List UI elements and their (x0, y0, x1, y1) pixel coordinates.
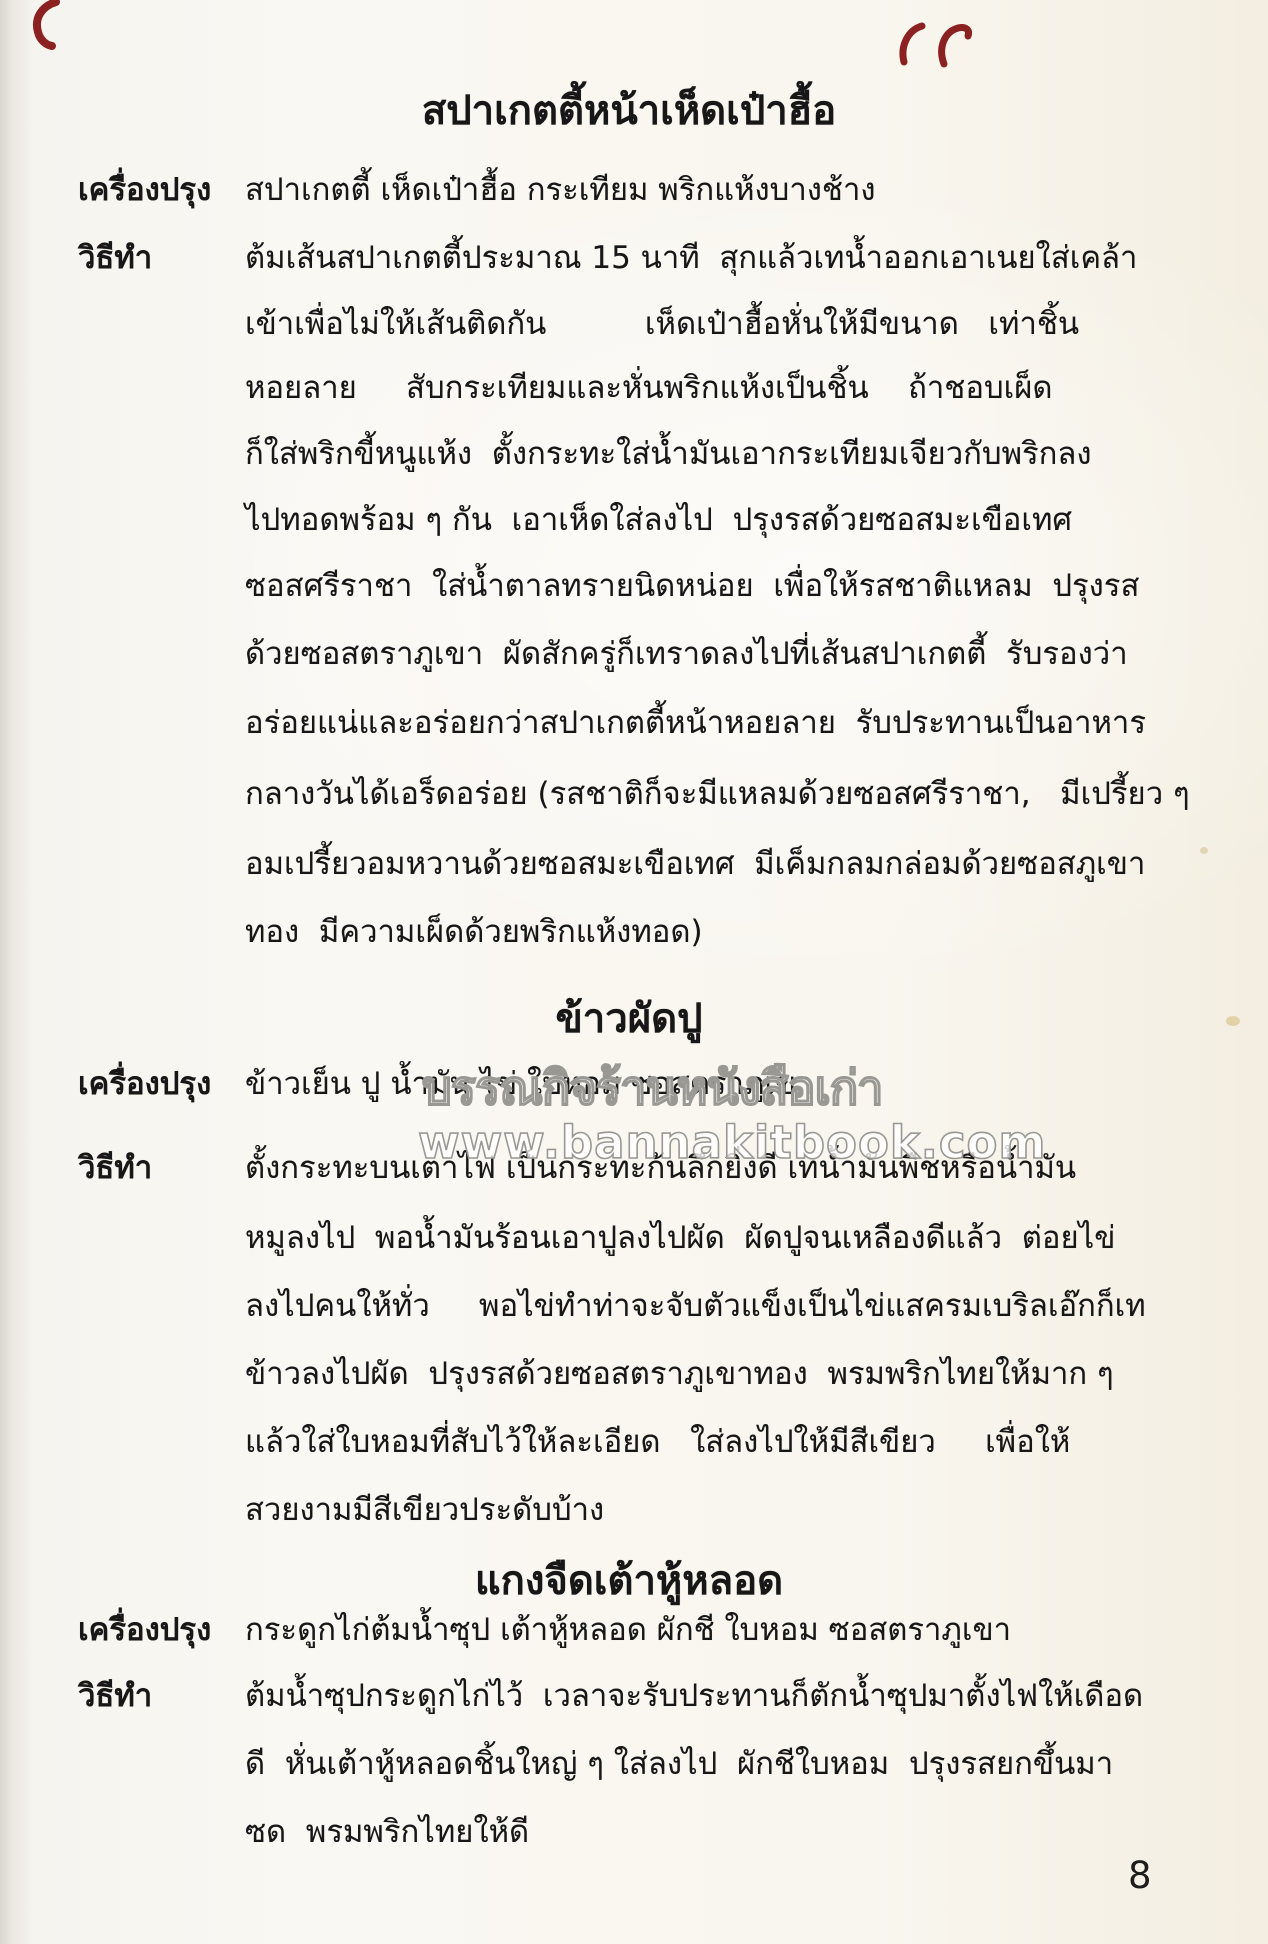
page-number: 8 (1128, 1854, 1152, 1897)
method-line: ต้มน้ำซุปกระดูกไก่ไว้ เวลาจะรับประทานก็ต… (245, 1670, 1143, 1720)
method-line: ต้มเส้นสปาเกตตี้ประมาณ 15 นาที สุกแล้วเท… (245, 232, 1137, 282)
method-line: กลางวันได้เอร็ดอร่อย (รสชาติก็จะมีแหลมด้… (245, 768, 1190, 818)
method-line: ซอสศรีราชา ใส่น้ำตาลทรายนิดหน่อย เพื่อให… (245, 560, 1139, 610)
ingredients-label: เครื่องปรุง (78, 1604, 211, 1654)
watermark-text-thai: บรรณกิจร้านหนังสือเก่า (422, 1050, 883, 1125)
method-line: ซด พรมพริกไทยให้ดี (245, 1806, 529, 1856)
method-line: ดี หั่นเต้าหู้หลอดชิ้นใหญ่ ๆ ใส่ลงไป ผัก… (245, 1738, 1113, 1788)
method-line: เข้าเพื่อไม่ให้เส้นติดกัน เห็ดเป๋าฮื้อหั… (245, 298, 1079, 348)
method-line: อร่อยแน่และอร่อยกว่าสปาเกตตี้หน้าหอยลาย … (245, 697, 1146, 747)
method-line: ด้วยซอสตราภูเขา ผัดสักครู่ก็เทราดลงไปที่… (245, 628, 1128, 678)
watermark-url: www.bannakitbook.com (418, 1116, 1046, 1169)
paper-speckle (1200, 847, 1208, 854)
ingredients-text: กระดูกไก่ต้มน้ำซุป เต้าหู้หลอด ผักชี ใบห… (245, 1604, 1011, 1654)
method-line: ก็ใส่พริกขี้หนูแห้ง ตั้งกระทะใส่น้ำมันเอ… (245, 428, 1092, 478)
ingredients-label: เครื่องปรุง (78, 1058, 211, 1108)
method-line: หมูลงไป พอน้ำมันร้อนเอาปูลงไปผัด ผัดปูจน… (245, 1212, 1115, 1262)
paper-speckle (1226, 1016, 1240, 1026)
method-line: ข้าวลงไปผัด ปรุงรสด้วยซอสตราภูเขาทอง พรม… (245, 1348, 1114, 1398)
method-label: วิธีทำ (78, 1142, 152, 1192)
scanned-cookbook-page: สปาเกตตี้หน้าเห็ดเป๋าฮื้อ เครื่องปรุง สป… (0, 0, 1268, 1944)
method-line: แล้วใส่ใบหอมที่สับไว้ให้ละเอียด ใส่ลงไปใ… (245, 1416, 1070, 1466)
method-label: วิธีทำ (78, 232, 152, 282)
recipe-title: ข้าวผัดปู (90, 986, 1168, 1050)
red-ink-mark-top-left (22, 0, 70, 50)
red-ink-mark-top-right (892, 18, 976, 70)
method-line: ทอง มีความเผ็ดด้วยพริกแห้งทอด) (245, 906, 703, 956)
ingredients-label: เครื่องปรุง (78, 164, 211, 214)
ingredients-text: สปาเกตตี้ เห็ดเป๋าฮื้อ กระเทียม พริกแห้ง… (245, 164, 876, 214)
method-line: หอยลาย สับกระเทียมและหั่นพริกแห้งเป็นชิ้… (245, 362, 1053, 412)
recipe-title: สปาเกตตี้หน้าเห็ดเป๋าฮื้อ (90, 78, 1168, 142)
method-label: วิธีทำ (78, 1670, 152, 1720)
method-line: ไปทอดพร้อม ๆ กัน เอาเห็ดใส่ลงไป ปรุงรสด้… (245, 494, 1072, 544)
recipe-title: แกงจืดเต้าหู้หลอด (90, 1548, 1168, 1612)
method-line: สวยงามมีสีเขียวประดับบ้าง (245, 1484, 604, 1534)
method-line: อมเปรี้ยวอมหวานด้วยซอสมะเขือเทศ มีเค็มกล… (245, 838, 1145, 888)
method-line: ลงไปคนให้ทั่ว พอไข่ทำท่าจะจับตัวแข็งเป็น… (245, 1280, 1146, 1330)
